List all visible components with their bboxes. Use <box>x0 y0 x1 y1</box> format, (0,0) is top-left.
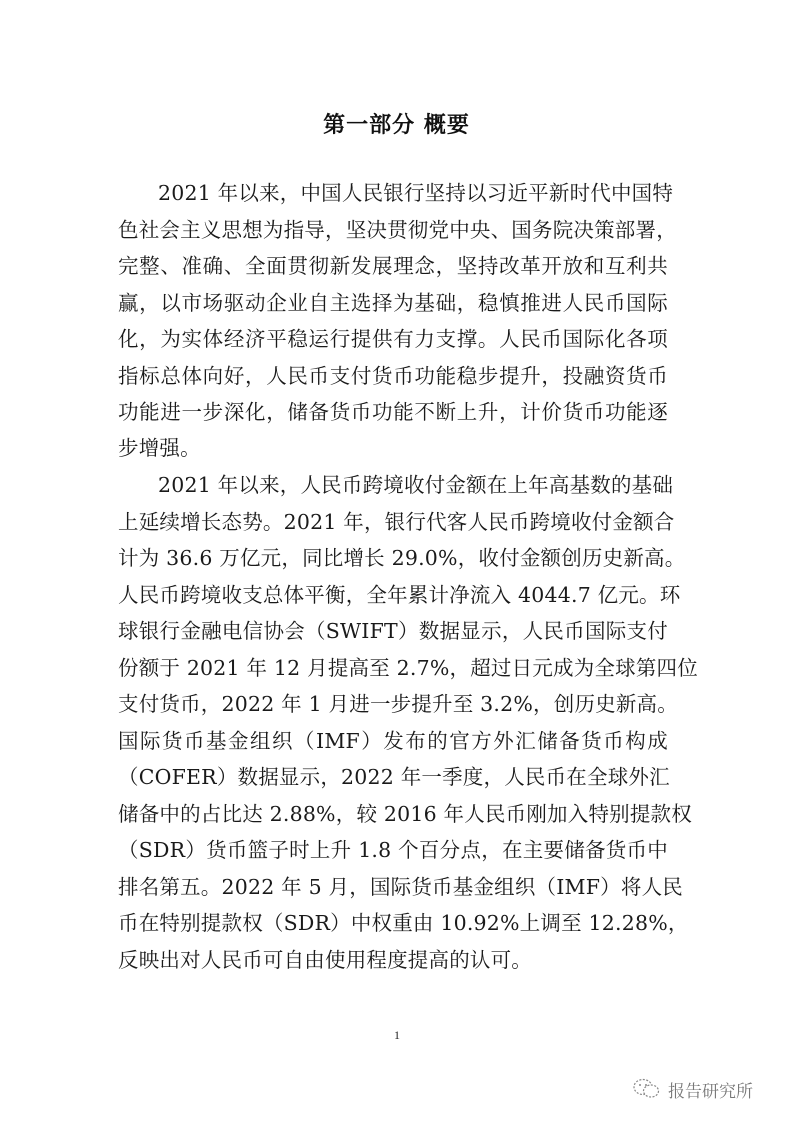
text-line: 功能进一步深化，储备货币功能不断上升，计价货币功能逐 <box>118 397 668 427</box>
text-line: 国际货币基金组织（IMF）发布的官方外汇储备货币构成 <box>118 726 668 756</box>
text-line: 球银行金融电信协会（SWIFT）数据显示，人民币国际支付 <box>118 616 668 646</box>
text-line: 步增强。 <box>118 433 668 463</box>
text-line: 上延续增长态势。2021 年，银行代客人民币跨境收付金额合 <box>118 507 668 537</box>
text-line: 化，为实体经济平稳运行提供有力支撑。人民币国际化各项 <box>118 324 668 354</box>
text-line: 份额于 2021 年 12 月提高至 2.7%，超过日元成为全球第四位 <box>118 653 668 683</box>
text-line: 2021 年以来，人民币跨境收付金额在上年高基数的基础 <box>158 470 668 500</box>
page-number: 1 <box>390 1028 404 1043</box>
text-line: 币在特别提款权（SDR）中权重由 10.92%上调至 12.28%， <box>118 908 668 938</box>
text-line: 2021 年以来，中国人民银行坚持以习近平新时代中国特 <box>158 178 668 208</box>
text-line: （COFER）数据显示，2022 年一季度，人民币在全球外汇 <box>118 762 668 792</box>
text-line: 赢，以市场驱动企业自主选择为基础，稳慎推进人民币国际 <box>118 288 668 318</box>
text-line: 计为 36.6 万亿元，同比增长 29.0%，收付金额创历史新高。 <box>118 543 668 573</box>
text-line: 色社会主义思想为指导，坚决贯彻党中央、国务院决策部署， <box>118 215 668 245</box>
text-line: 储备中的占比达 2.88%，较 2016 年人民币刚加入特别提款权 <box>118 799 668 829</box>
text-line: 排名第五。2022 年 5 月，国际货币基金组织（IMF）将人民 <box>118 872 668 902</box>
text-line: 支付货币，2022 年 1 月进一步提升至 3.2%，创历史新高。 <box>118 689 668 719</box>
text-line: （SDR）货币篮子时上升 1.8 个百分点，在主要储备货币中 <box>118 835 668 865</box>
text-line: 反映出对人民币可自由使用程度提高的认可。 <box>118 945 668 975</box>
wechat-icon <box>632 1077 662 1101</box>
watermark: 报告研究所 <box>632 1075 753 1103</box>
text-line: 完整、准确、全面贯彻新发展理念，坚持改革开放和互利共 <box>118 251 668 281</box>
watermark-text: 报告研究所 <box>668 1077 753 1102</box>
text-line: 指标总体向好，人民币支付货币功能稳步提升，投融资货币 <box>118 361 668 391</box>
text-line: 人民币跨境收支总体平衡，全年累计净流入 4044.7 亿元。环 <box>118 580 668 610</box>
section-title: 第一部分 概要 <box>0 108 793 139</box>
